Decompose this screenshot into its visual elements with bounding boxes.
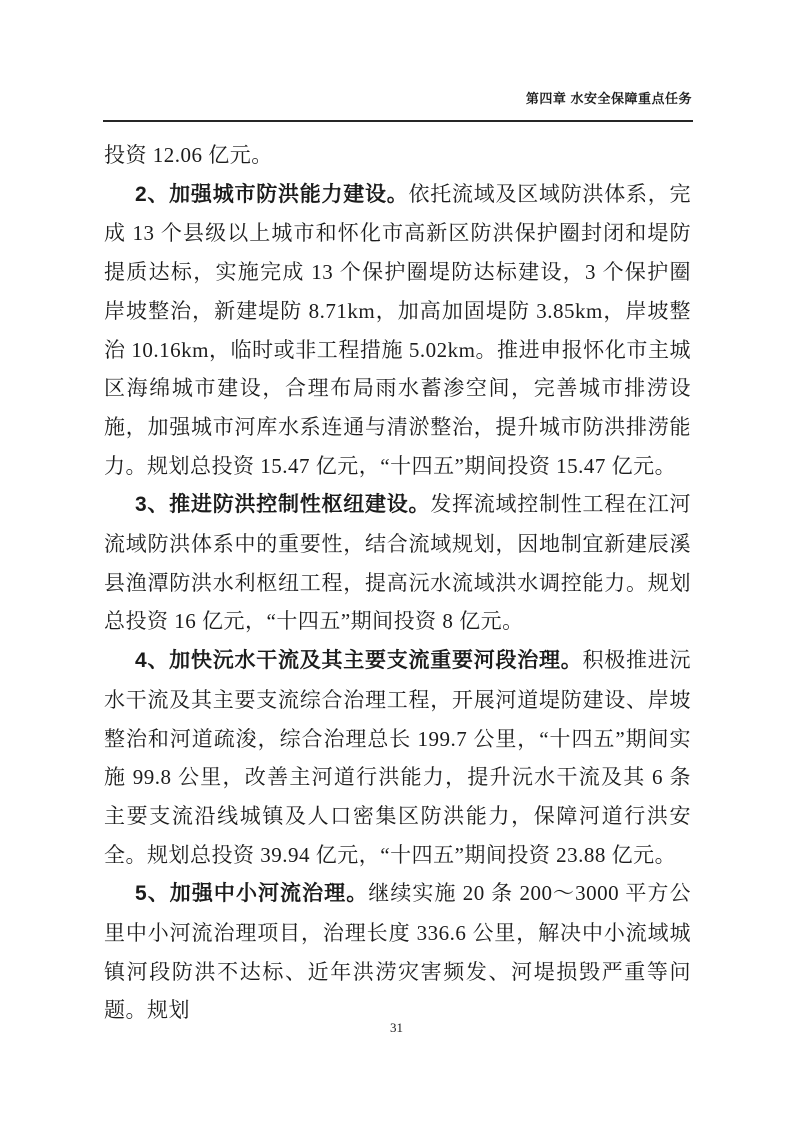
header-rule bbox=[103, 120, 693, 122]
paragraph-lead: 4、加快沅水干流及其主要支流重要河段治理。 bbox=[135, 649, 582, 672]
paragraph: 4、加快沅水干流及其主要支流重要河段治理。积极推进沅水干流及其主要支流综合治理工… bbox=[104, 641, 691, 874]
paragraph: 3、推进防洪控制性枢纽建设。发挥流域控制性工程在江河流域防洪体系中的重要性，结合… bbox=[104, 485, 691, 641]
paragraph: 2、加强城市防洪能力建设。依托流域及区域防洪体系，完成 13 个县级以上城市和怀… bbox=[104, 175, 691, 486]
paragraph-text: 积极推进沅水干流及其主要支流综合治理工程，开展河道堤防建设、岸坡整治和河道疏浚，… bbox=[104, 648, 691, 867]
paragraph-text: 投资 12.06 亿元。 bbox=[104, 143, 273, 167]
paragraph-text: 依托流域及区域防洪体系，完成 13 个县级以上城市和怀化市高新区防洪保护圈封闭和… bbox=[104, 182, 691, 478]
paragraph-lead: 3、推进防洪控制性枢纽建设。 bbox=[135, 493, 430, 516]
page-number: 31 bbox=[0, 1020, 793, 1036]
paragraph-lead: 5、加强中小河流治理。 bbox=[135, 882, 368, 905]
running-head-chapter-title: 第四章 水安全保障重点任务 bbox=[526, 88, 692, 107]
paragraph: 投资 12.06 亿元。 bbox=[104, 136, 691, 175]
paragraph-lead: 2、加强城市防洪能力建设。 bbox=[135, 183, 408, 206]
paragraph: 5、加强中小河流治理。继续实施 20 条 200～3000 平方公里中小河流治理… bbox=[104, 874, 691, 1030]
document-body: 投资 12.06 亿元。 2、加强城市防洪能力建设。依托流域及区域防洪体系，完成… bbox=[104, 136, 691, 1030]
document-page: 第四章 水安全保障重点任务 投资 12.06 亿元。 2、加强城市防洪能力建设。… bbox=[0, 0, 793, 1122]
